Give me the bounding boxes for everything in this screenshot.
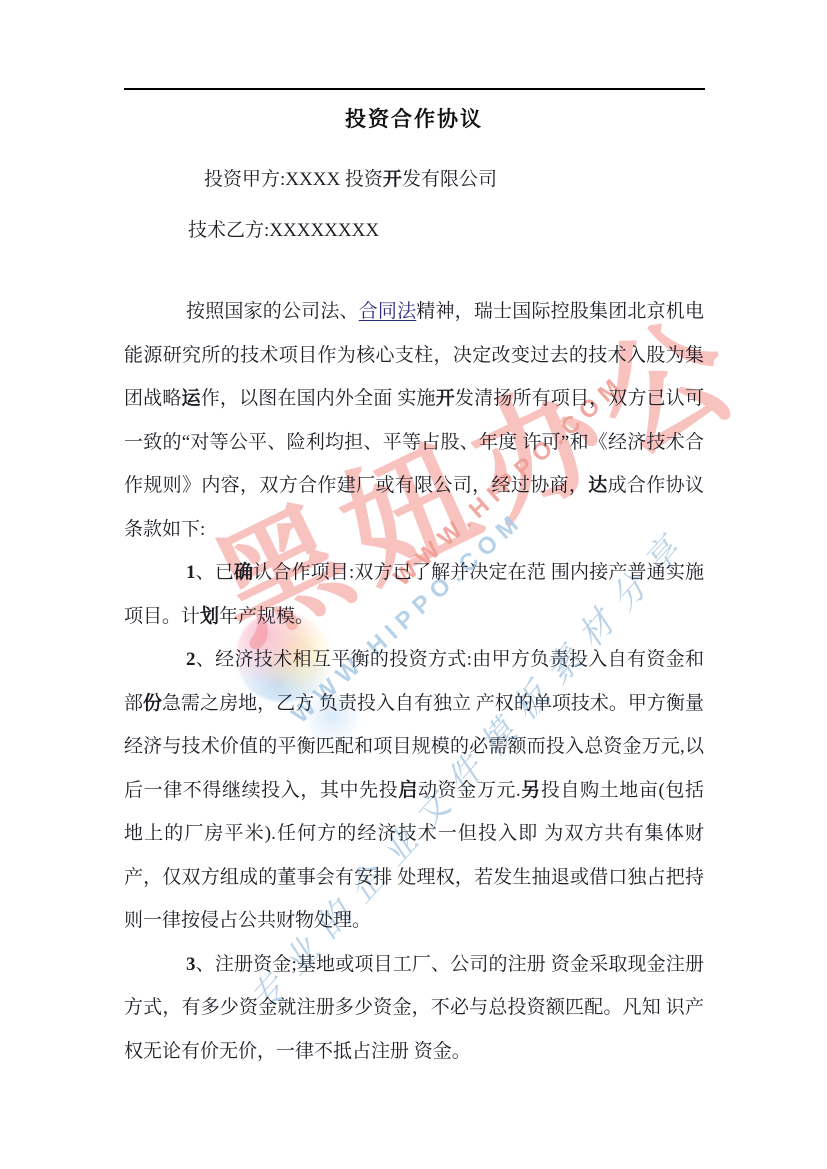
item-2-paragraph-run: 另: [521, 780, 541, 801]
contract-law-link[interactable]: 合同法: [359, 301, 417, 322]
preamble-paragraph-run: 达: [588, 475, 607, 496]
document-page: 投资合作协议 投资甲方:XXXX 投资开发有限公司技术乙方:XXXXXXXX按照…: [124, 96, 704, 1073]
item-3-paragraph-run: 、注册资金;基地或项目工厂、公司的注册 资金采取现金注册方式，有多少资金就注册多…: [124, 954, 704, 1062]
item-2-paragraph-run: 启: [398, 780, 418, 801]
item-2-paragraph-run: 投自购土地亩(包括地上的厂房平米).任何方的经济技术一但投入即 为双方共有集体财…: [124, 780, 704, 932]
item-3-paragraph-run: 3: [186, 954, 196, 975]
party-b-line-run: 技术乙方:XXXXXXXX: [188, 220, 379, 241]
party-a-line-run: 开: [383, 169, 402, 190]
preamble-paragraph-run: 作，以图在国内外全面 实施: [201, 388, 436, 409]
item-1-paragraph-run: 1: [186, 562, 196, 583]
item-2-paragraph-run: 2: [186, 649, 196, 670]
item-3-paragraph: 3、注册资金;基地或项目工厂、公司的注册 资金采取现金注册方式，有多少资金就注册…: [124, 943, 704, 1074]
item-1-paragraph-run: 、已: [196, 562, 234, 583]
item-1-paragraph: 1、已确认合作项目:双方已了解并决定在范 围内接产普通实施项目。计划年产规模。: [124, 551, 704, 638]
item-2-paragraph-run: 份: [143, 693, 162, 714]
preamble-paragraph-run: 运: [182, 388, 201, 409]
header-rule: [124, 88, 705, 90]
preamble-paragraph-run: 按照国家的公司法、: [186, 301, 359, 322]
item-1-paragraph-run: 年产规模。: [219, 606, 314, 627]
party-a-line: 投资甲方:XXXX 投资开发有限公司: [124, 158, 704, 202]
preamble-paragraph-run: 开: [436, 388, 455, 409]
party-a-line-run: 发有限公司: [402, 169, 497, 190]
item-1-paragraph-run: 划: [200, 606, 219, 627]
party-b-line: 技术乙方:XXXXXXXX: [124, 209, 704, 253]
item-2-paragraph-run: 动资金万元.: [418, 780, 521, 801]
item-2-paragraph: 2、经济技术相互平衡的投资方式:由甲方负责投入自有资金和部份急需之房地，乙方 负…: [124, 638, 704, 943]
document-body: 投资甲方:XXXX 投资开发有限公司技术乙方:XXXXXXXX按照国家的公司法、…: [124, 158, 704, 1073]
party-a-line-run: 投资甲方:XXXX 投资: [204, 169, 383, 190]
document-title: 投资合作协议: [124, 102, 704, 136]
item-1-paragraph-run: 确: [234, 562, 253, 583]
preamble-paragraph: 按照国家的公司法、合同法精神，瑞士国际控股集团北京机电能源研究所的技术项目作为核…: [124, 290, 704, 551]
